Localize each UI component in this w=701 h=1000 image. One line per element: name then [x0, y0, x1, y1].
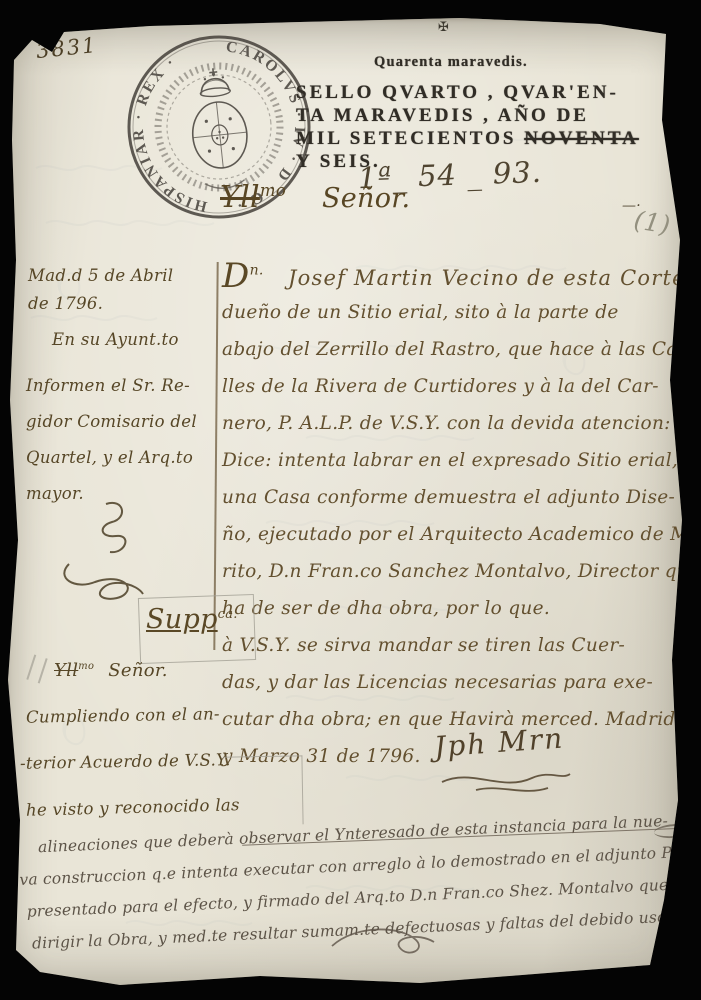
- rubric-flourish: [51, 498, 161, 588]
- svg-text:HISPANIAR · REX ·: HISPANIAR · REX ·: [122, 50, 210, 222]
- body-line-6: Dice: intenta labrar en el expresado Sit…: [222, 450, 678, 471]
- informe-salutation: Yllmo Señor.: [54, 660, 168, 681]
- sello-struck-word: NOVENTA: [524, 128, 639, 149]
- body-line-9: rito, D.n Fran.co Sanchez Montalvo, Dire…: [222, 561, 700, 582]
- informe-line-2: -terior Acuerdo de V.S.Y.: [20, 750, 231, 773]
- opening-sup: n.: [250, 263, 264, 279]
- sello-line-3: MIL SETECIENTOS NOVENTA: [296, 128, 639, 150]
- petition-line-2: das, y dar las Licencias necesarias para…: [222, 672, 653, 693]
- informe-salutation-sup: mo: [78, 661, 94, 672]
- body-line-2: dueño de un Sitio erial, sito à la parte…: [222, 302, 619, 323]
- signature-rubric: [436, 762, 576, 802]
- margin-decree-1: Informen el Sr. Re-: [26, 376, 190, 395]
- informe-salutation-abbrev: Yll: [54, 660, 78, 681]
- body-line-3: abajo del Zerrillo del Rastro, que hace …: [222, 339, 684, 360]
- pencil-page-mark: (1): [632, 205, 672, 239]
- informe-line-1: Cumpliendo con el an-: [26, 704, 220, 726]
- petition-line-3: cutar dha obra; en que Havirà merced. Ma…: [222, 709, 676, 730]
- margin-decree-2: gidor Comisario del: [26, 412, 197, 431]
- informe-salutation-rest: Señor.: [108, 660, 168, 681]
- manuscript-paper: ✠ 3831: [6, 18, 686, 990]
- margin-session: En su Ayunt.to: [52, 330, 179, 349]
- salutation-sup: mo: [260, 181, 286, 200]
- salutation-abbrev: Yll: [220, 180, 260, 215]
- seal-legend-left: HISPANIAR · REX ·: [122, 50, 210, 222]
- body-line-7: una Casa conforme demuestra el adjunto D…: [222, 487, 675, 508]
- margin-date-1: Mad.d 5 de Abril: [28, 266, 173, 285]
- salutation-rest: Señor.: [322, 183, 410, 214]
- cross-mark: ✠: [438, 20, 449, 35]
- sello-line-1: SELLO QVARTO , QVAR'EN-: [296, 82, 619, 104]
- salutation-heading: Yllmo Señor.: [220, 180, 410, 215]
- document-scan: ✠ 3831: [0, 0, 701, 1000]
- petition-line-1: à V.S.Y. se sirva mandar se tiren las Cu…: [222, 635, 625, 656]
- report-rubric: [324, 916, 444, 966]
- body-line-1: Josef Martin Vecino de esta Corte: [288, 266, 686, 290]
- sello-line-3-text: MIL SETECIENTOS: [296, 128, 516, 149]
- body-line-10: ha de ser de dha obra, por lo que.: [222, 598, 550, 619]
- fee-note: Quarenta maravedis.: [374, 54, 528, 71]
- margin-date-2: de 1796.: [28, 294, 103, 313]
- body-line-5: nero, P. A.L.P. de V.S.Y. con la devida …: [222, 413, 671, 434]
- body-line-4: lles de la Rivera de Curtidores y à la d…: [222, 376, 659, 397]
- opening-initial: D: [222, 256, 250, 296]
- body-opening: Dn.: [222, 256, 264, 296]
- supplica-sup: ca.: [218, 607, 238, 622]
- supplica-text: Supp: [146, 604, 218, 635]
- body-line-8: ño, ejecutado por el Arquitecto Academic…: [222, 524, 701, 545]
- margin-decree-3: Quartel, y el Arq.to: [26, 448, 193, 467]
- sello-line-2: TA MARAVEDIS , AÑO DE: [296, 105, 589, 127]
- supplica-word: Suppca.: [146, 604, 238, 635]
